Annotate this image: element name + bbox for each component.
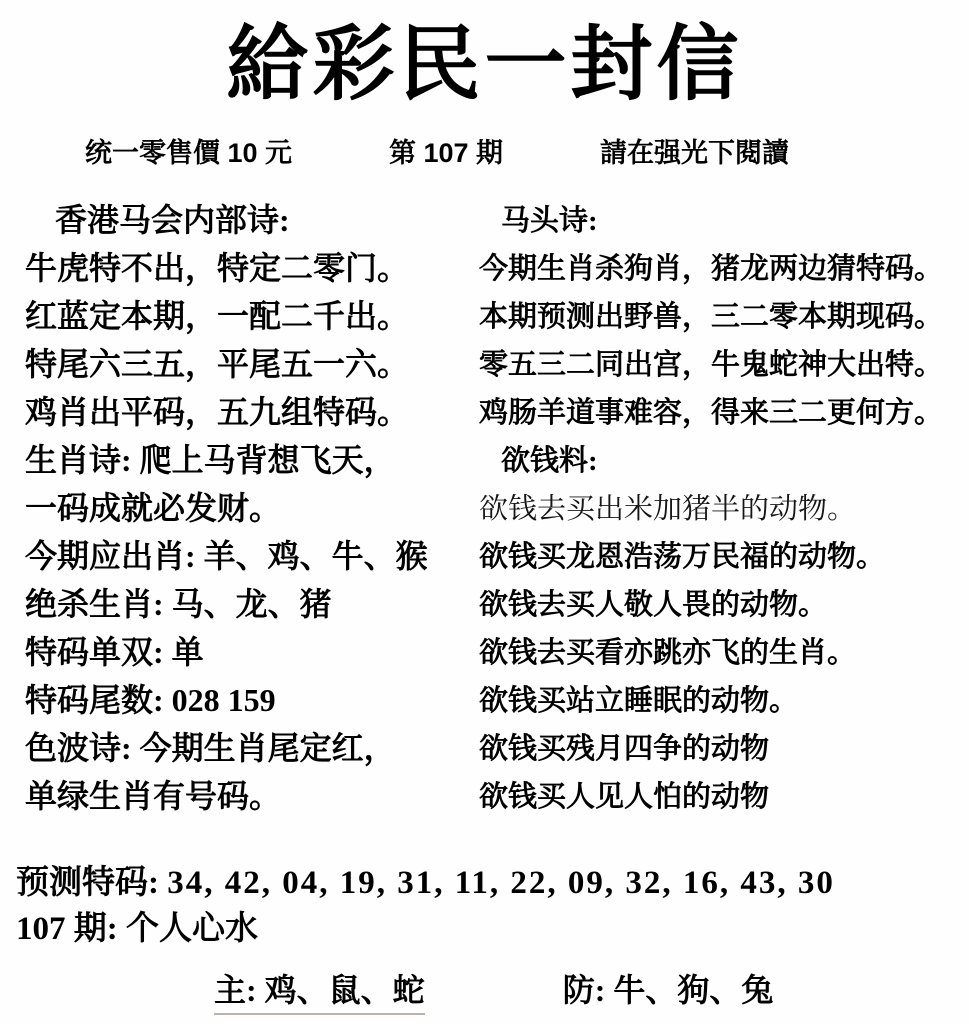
page-title: 給彩民一封信 — [0, 0, 969, 108]
yuqian-line: 欲钱买残月四争的动物 — [479, 722, 959, 770]
right-column: 马头诗: 今期生肖杀狗肖，猪龙两边猜特码。 本期预测出野兽，三二零本期现码。 零… — [477, 194, 959, 818]
issue-number: 第 107 期 — [389, 138, 503, 168]
predicted-numbers-label: 预测特码: — [16, 865, 159, 901]
odd-even-line: 特码单双: 单 — [25, 626, 477, 674]
main-zodiac-pick: 主: 鸡、鼠、蛇 — [214, 970, 425, 1015]
content-columns: 香港马会内部诗: 牛虎特不出，特定二零门。 红蓝定本期，一配二千出。 特尾六三五… — [0, 194, 969, 818]
guard-zodiac-label: 防: — [563, 972, 606, 1008]
personal-pick-line: 107 期: 个人心水 — [16, 908, 969, 950]
lottery-letter-page: 給彩民一封信 统一零售價 10 元 第 107 期 請在强光下閱讀 香港马会内部… — [0, 0, 969, 1024]
horsehead-poem-line: 鸡肠羊道事难容，得来三二更何方。 — [479, 386, 959, 434]
yuqian-line: 欲钱买龙恩浩荡万民福的动物。 — [479, 530, 959, 578]
reading-notice: 請在强光下閱讀 — [600, 138, 789, 168]
horsehead-poem-line: 零五三二同出宫，牛鬼蛇神大出特。 — [479, 338, 959, 386]
zodiac-poem-line: 生肖诗: 爬上马背想飞天， — [25, 434, 477, 482]
predicted-numbers-line: 预测特码: 34, 42, 04, 19, 31, 11, 22, 09, 32… — [16, 862, 969, 904]
color-wave-poem-line: 色波诗: 今期生肖尾定红， — [25, 722, 477, 770]
poem-line: 特尾六三五，平尾五一六。 — [25, 338, 477, 386]
zodiac-poem-line: 一码成就必发财。 — [25, 482, 477, 530]
main-zodiac-label: 主: — [214, 972, 257, 1008]
killed-zodiac-line: 绝杀生肖: 马、龙、猪 — [25, 578, 477, 626]
predicted-numbers-values: 34, 42, 04, 19, 31, 11, 22, 09, 32, 16, … — [167, 865, 835, 901]
horsehead-poem-line: 今期生肖杀狗肖，猪龙两边猜特码。 — [479, 242, 959, 290]
left-column: 香港马会内部诗: 牛虎特不出，特定二零门。 红蓝定本期，一配二千出。 特尾六三五… — [25, 194, 477, 818]
zodiac-picks-row: 主: 鸡、鼠、蛇 防: 牛、狗、兔 — [16, 970, 969, 1015]
main-zodiac-value: 鸡、鼠、蛇 — [265, 972, 425, 1008]
poem-line: 鸡肖出平码，五九组特码。 — [25, 386, 477, 434]
footer: 预测特码: 34, 42, 04, 19, 31, 11, 22, 09, 32… — [0, 862, 969, 1015]
tail-number-line: 特码尾数: 028 159 — [25, 674, 477, 722]
personal-pick-label: 107 期: — [16, 911, 118, 947]
left-section-title: 香港马会内部诗: — [25, 194, 477, 242]
horsehead-poem-title: 马头诗: — [479, 194, 959, 242]
guard-zodiac-pick: 防: 牛、狗、兔 — [563, 970, 774, 1015]
poem-line: 牛虎特不出，特定二零门。 — [25, 242, 477, 290]
price-text: 统一零售價 10 元 — [85, 138, 292, 168]
yuqian-line: 欲钱去买出米加猪半的动物。 — [479, 482, 959, 529]
yuqian-line: 欲钱买人见人怕的动物 — [479, 770, 959, 818]
yuqian-line: 欲钱买站立睡眠的动物。 — [479, 674, 959, 722]
guard-zodiac-value: 牛、狗、兔 — [613, 972, 773, 1008]
yuqian-line: 欲钱去买看亦跳亦飞的生肖。 — [479, 626, 959, 674]
color-wave-poem-line: 单绿生肖有号码。 — [25, 770, 477, 818]
header-meta-row: 统一零售價 10 元 第 107 期 請在强光下閱讀 — [0, 138, 969, 168]
poem-line: 红蓝定本期，一配二千出。 — [25, 290, 477, 338]
horsehead-poem-line: 本期预测出野兽，三二零本期现码。 — [479, 290, 959, 338]
expected-zodiac-line: 今期应出肖: 羊、鸡、牛、猴 — [25, 530, 477, 578]
personal-pick-value: 个人心水 — [126, 911, 258, 947]
yuqian-line: 欲钱去买人敬人畏的动物。 — [479, 578, 959, 626]
yuqian-section-title: 欲钱料: — [479, 434, 959, 482]
